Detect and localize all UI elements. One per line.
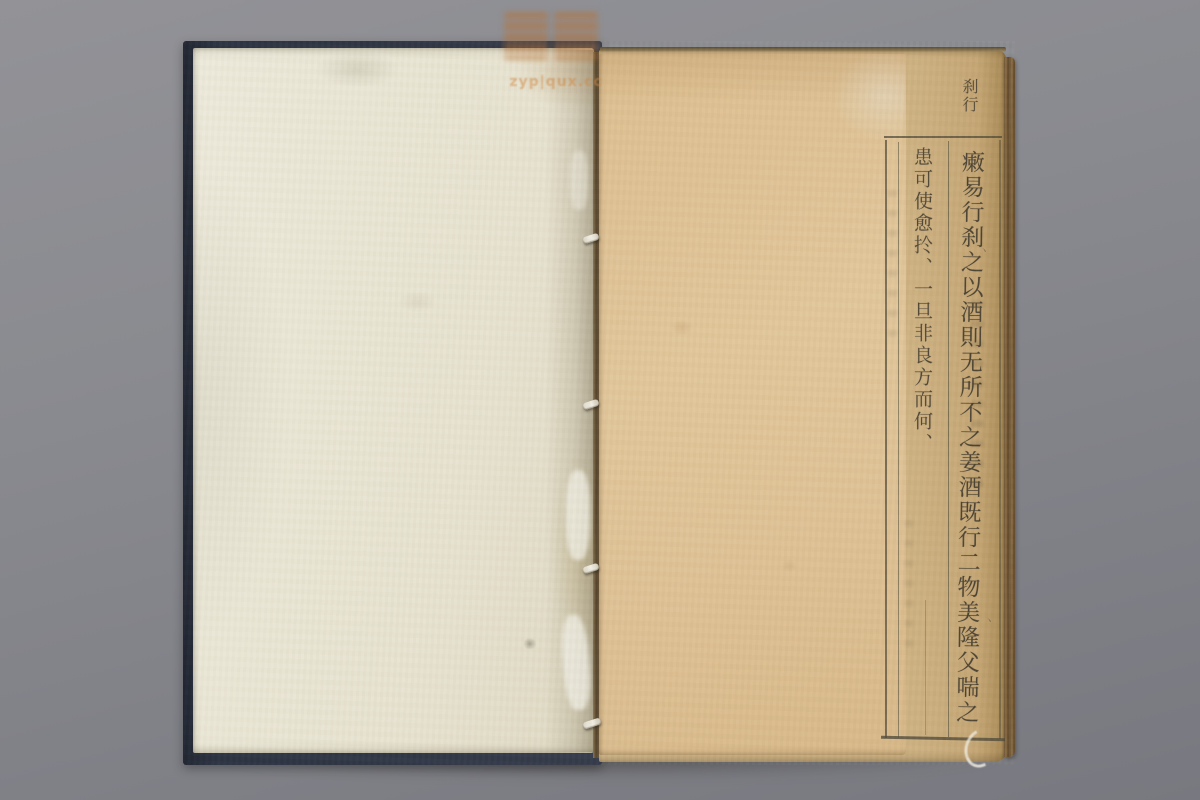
reading-annotation-mark: ヽ — [979, 242, 989, 257]
frame-border-line — [885, 140, 887, 738]
bleed-through-ghost-text — [888, 190, 897, 340]
column-rule — [898, 142, 899, 738]
tan-flyleaf — [599, 54, 906, 755]
repair-patch — [566, 470, 590, 560]
text-column-inner: 患可使愈扵、一旦非良方而何、 — [906, 147, 936, 487]
column-rule-faint — [925, 600, 926, 735]
frame-border-line — [999, 140, 1001, 739]
bleed-through-ghost-text — [971, 300, 983, 490]
photo-scene: 刹行 瘷易行刹之以酒則无所不之姜酒既行二物美隆父喘之 患可使愈扵、一旦非良方而何… — [0, 0, 1200, 800]
repair-patch — [570, 150, 588, 210]
frame-top-line — [884, 136, 1002, 138]
left-blank-page — [193, 48, 594, 753]
fore-edge-page-stack — [1004, 57, 1015, 757]
reading-annotation-mark: ヽ — [984, 612, 994, 627]
bleed-through-ghost-text — [905, 520, 913, 660]
right-page-top-edge — [600, 47, 1006, 52]
page-margin-label: 刹行 — [957, 78, 981, 134]
